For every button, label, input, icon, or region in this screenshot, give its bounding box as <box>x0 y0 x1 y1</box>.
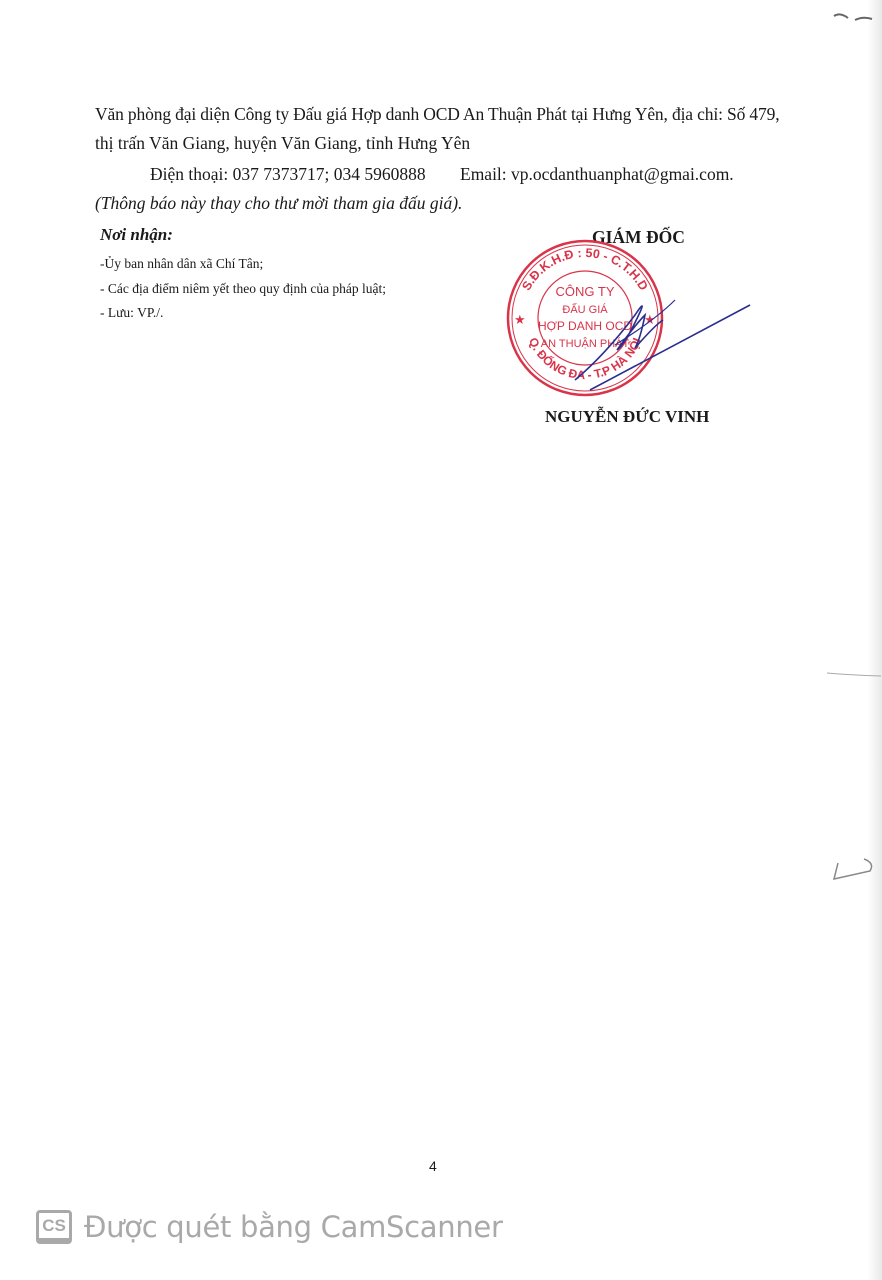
page-edge-shadow <box>868 0 882 1280</box>
recipient-item: - Các địa điểm niêm yết theo quy định củ… <box>100 281 386 297</box>
recipient-item: -Ủy ban nhân dân xã Chí Tân; <box>100 256 263 272</box>
page-number: 4 <box>429 1158 437 1174</box>
svg-text:★: ★ <box>514 313 526 328</box>
notice-text: (Thông báo này thay cho thư mời tham gia… <box>95 193 462 214</box>
scan-artifact-top-right <box>830 8 880 28</box>
phone-numbers: Điện thoại: 037 7373717; 034 5960888 <box>150 164 426 184</box>
recipients-title: Nơi nhận: <box>100 225 173 245</box>
staple-mark <box>830 855 880 885</box>
email-address: Email: vp.ocdanthuanphat@gmai.com. <box>460 164 734 185</box>
camscanner-watermark: CS Được quét bằng CamScanner <box>36 1210 503 1244</box>
scan-artifact-right-line <box>825 670 882 682</box>
watermark-text: Được quét bằng CamScanner <box>84 1210 503 1244</box>
handwritten-signature <box>545 270 755 400</box>
contact-line: Điện thoại: 037 7373717; 034 5960888 Ema… <box>150 164 426 185</box>
signer-name: NGUYỄN ĐỨC VINH <box>545 407 709 427</box>
office-address-line-2: thị trấn Văn Giang, huyện Văn Giang, tỉn… <box>95 133 470 154</box>
camscanner-logo-icon: CS <box>36 1210 72 1244</box>
office-address-line-1: Văn phòng đại diện Công ty Đấu giá Hợp d… <box>95 104 779 125</box>
recipient-item: - Lưu: VP./. <box>100 305 163 321</box>
